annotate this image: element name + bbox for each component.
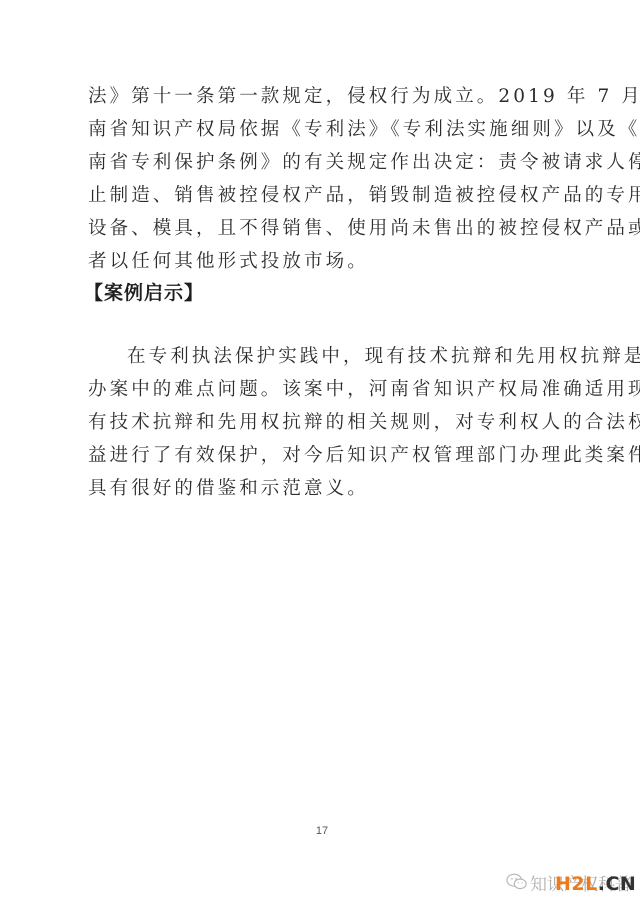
wechat-icon (506, 872, 528, 892)
watermark: 知识产权科普 H2L.CN (500, 868, 640, 898)
text-line: 益进行了有效保护，对今后知识产权管理部门办理此类案件 (88, 444, 554, 468)
logo-primary: H2L (555, 873, 598, 895)
text-line: 办案中的难点问题。该案中，河南省知识产权局准确适用现 (88, 378, 554, 402)
h2l-logo: H2L.CN (555, 873, 636, 895)
text-line: 在专利执法保护实践中，现有技术抗辩和先用权抗辩是 (127, 345, 554, 369)
text-line: 具有很好的借鉴和示范意义。 (88, 477, 554, 501)
text-line: 者以任何其他形式投放市场。 (88, 250, 554, 274)
section-heading: 【案例启示】 (84, 281, 204, 305)
text-line: 南省专利保护条例》的有关规定作出决定：责令被请求人停 (88, 151, 554, 175)
text-line: 设备、模具，且不得销售、使用尚未售出的被控侵权产品或 (88, 217, 554, 241)
text-line: 南省知识产权局依据《专利法》《专利法实施细则》以及《河 (88, 118, 554, 142)
text-line: 有技术抗辩和先用权抗辩的相关规则，对专利权人的合法权 (88, 411, 554, 435)
text-line: 止制造、销售被控侵权产品，销毁制造被控侵权产品的专用 (88, 184, 554, 208)
page-number: 17 (312, 825, 332, 837)
document-page: 法》第十一条第一款规定，侵权行为成立。2019 年 7 月，河 南省知识产权局依… (0, 0, 640, 906)
logo-secondary: .CN (598, 873, 637, 895)
text-line: 法》第十一条第一款规定，侵权行为成立。2019 年 7 月，河 (88, 85, 554, 109)
